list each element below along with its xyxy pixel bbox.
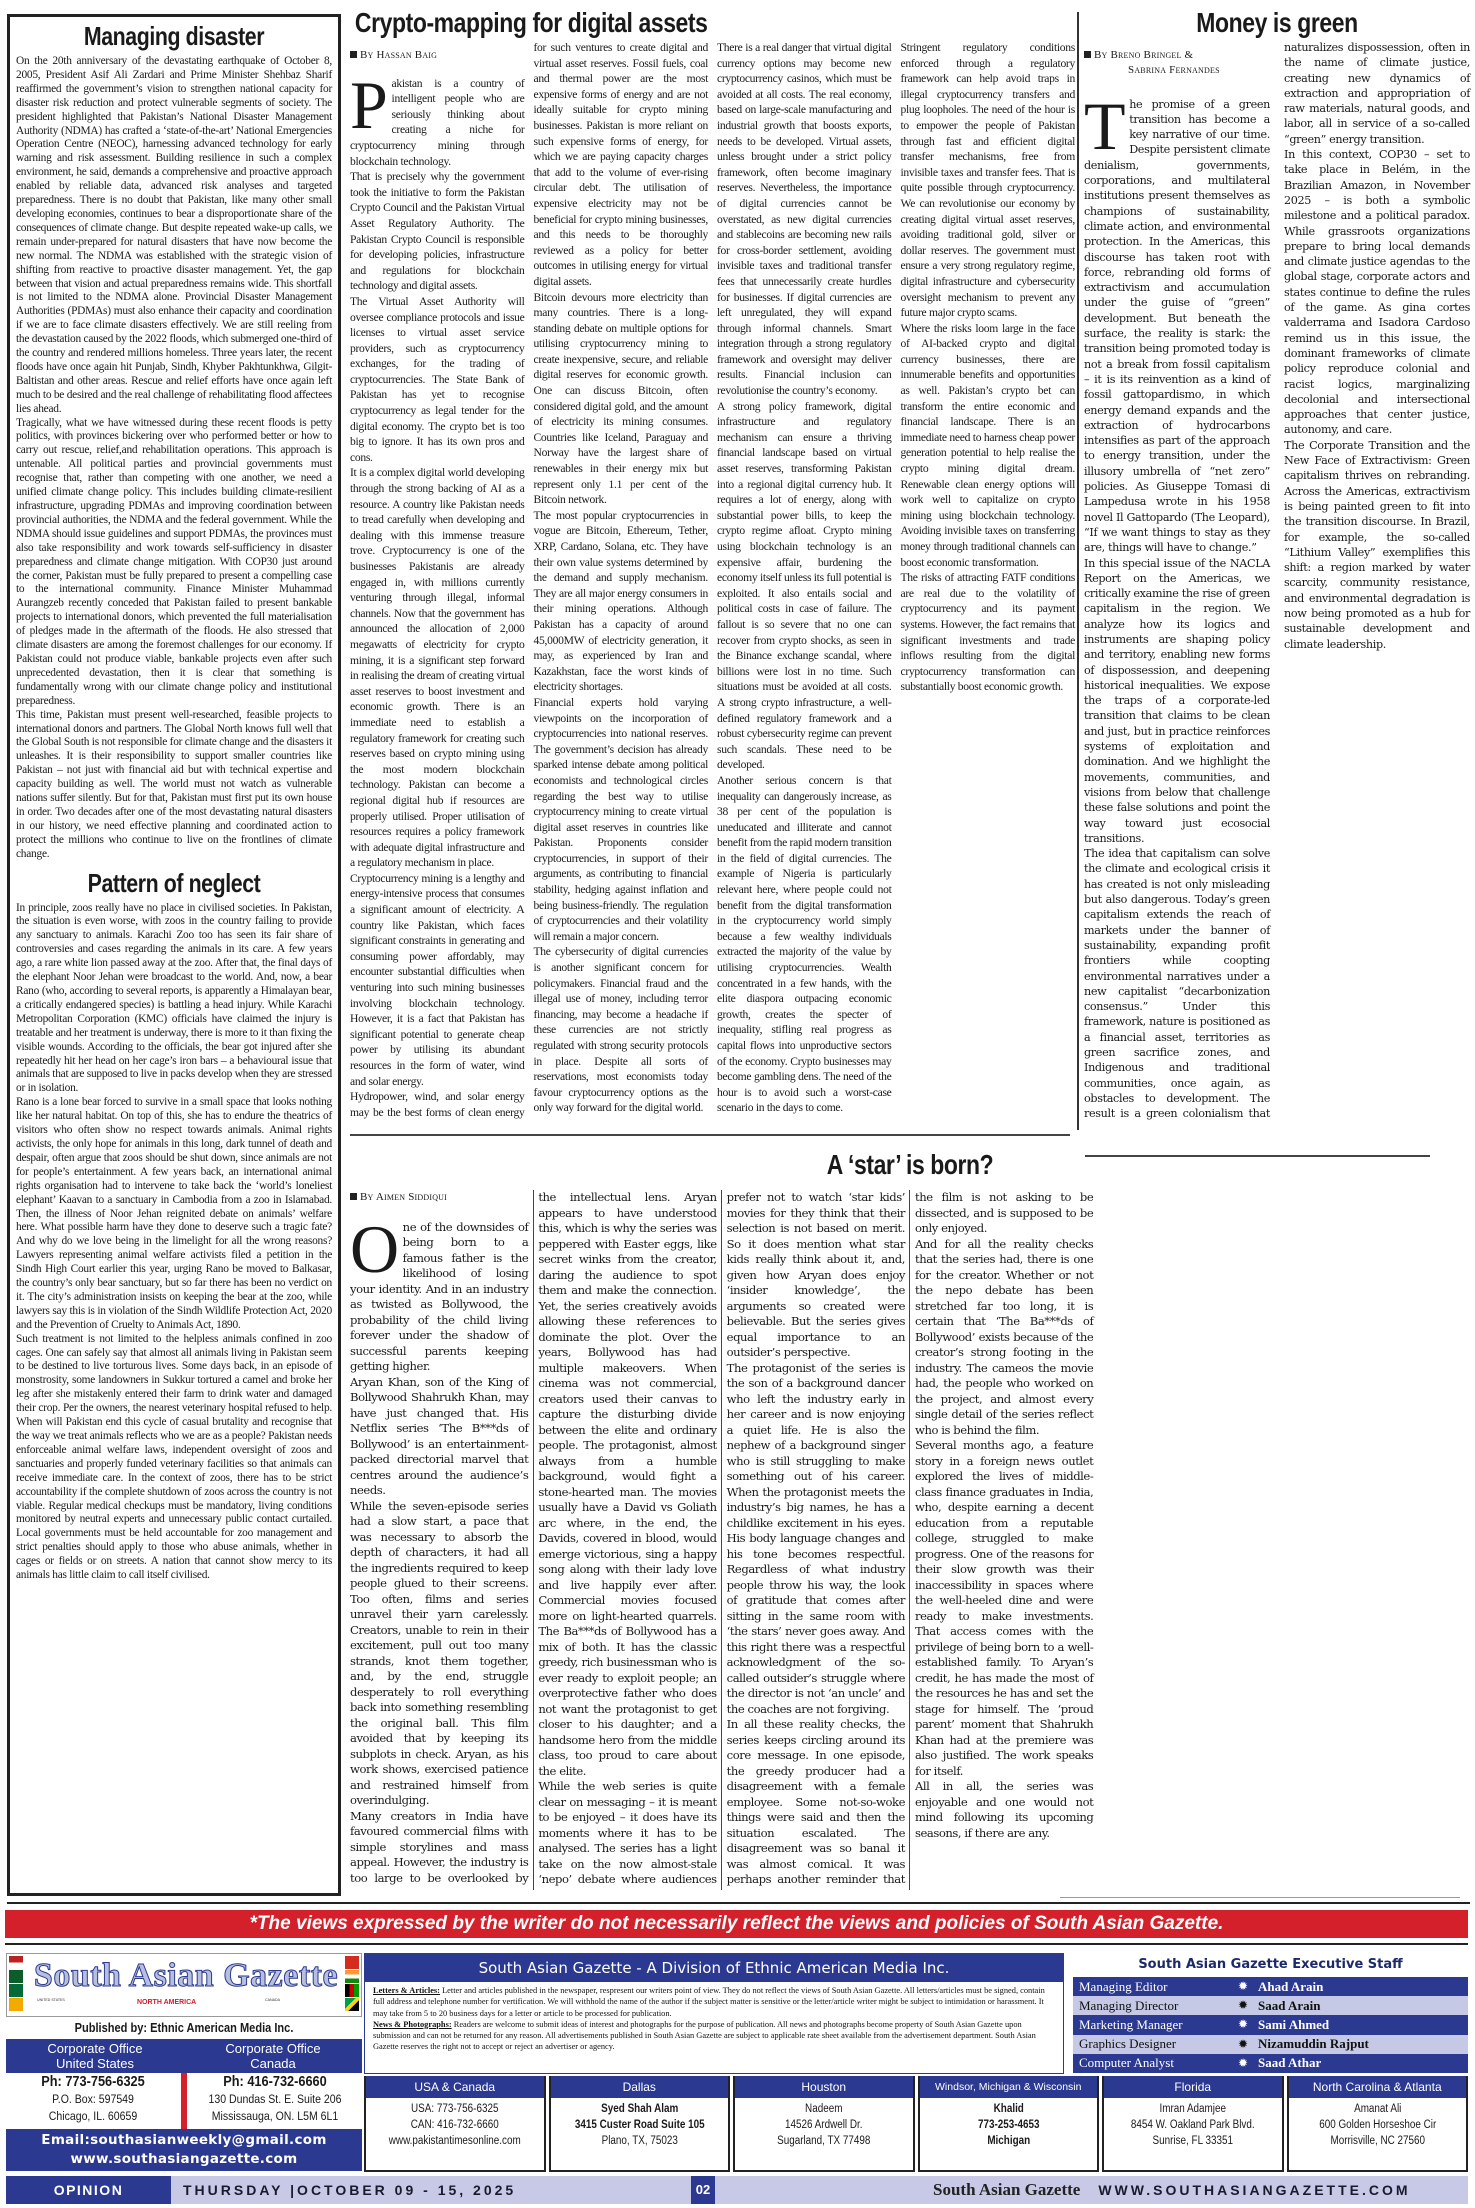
paragraph: The protagonist of the series is the son… bbox=[727, 1361, 905, 1718]
staff-row: Marketing Manager✹Sami Ahmed bbox=[1073, 2015, 1468, 2034]
canada-address-line: Mississauga, ON. L5M 6L1 bbox=[201, 2108, 349, 2125]
canada-office: Ph: 416-732-6660 130 Dundas St. E. Suite… bbox=[188, 2073, 362, 2129]
paragraph: Such treatment is not limited to the hel… bbox=[16, 1333, 332, 1583]
divider bbox=[7, 1902, 1470, 1904]
us-address-line: P.O. Box: 597549 bbox=[19, 2091, 167, 2108]
staff-row: Managing Editor✹Ahad Arain bbox=[1073, 1977, 1468, 1996]
pakistan-flag-icon bbox=[9, 1970, 23, 1983]
managing-disaster-headline: Managing disaster bbox=[44, 21, 303, 51]
money-article: Money is green By Breno Bringel & Sabrin… bbox=[1084, 6, 1470, 1136]
paragraph: In this special issue of the NACLA Repor… bbox=[1084, 556, 1270, 847]
paragraph: A strong policy framework, digital infra… bbox=[717, 399, 892, 773]
paragraph: All in all, the series was enjoyable and… bbox=[915, 1779, 1093, 1841]
lead-paragraph: One of the downsides of being born to a … bbox=[350, 1220, 528, 1375]
paragraph: While the seven-episode series had a slo… bbox=[350, 1499, 528, 1809]
canada-phone[interactable]: Ph: 416-732-6660 bbox=[201, 2073, 349, 2091]
bullet-square-icon bbox=[350, 51, 357, 58]
divider bbox=[5, 1943, 1468, 1945]
office-florida: Florida Imran Adamjee8454 W. Oakland Par… bbox=[1102, 2076, 1284, 2172]
paragraph: Another serious concern is that inequali… bbox=[717, 773, 892, 1116]
us-phone[interactable]: Ph: 773-756-6325 bbox=[19, 2073, 167, 2091]
pattern-of-neglect-headline: Pattern of neglect bbox=[44, 868, 303, 898]
corporate-office-details: Ph: 773-756-6325 P.O. Box: 597549 Chicag… bbox=[6, 2073, 362, 2129]
usa-flag-icon bbox=[9, 1956, 23, 1969]
money-headline: Money is green bbox=[1119, 6, 1436, 40]
canada-address-line: 130 Dundas St. E. Suite 206 bbox=[201, 2091, 349, 2108]
column-divider bbox=[1077, 12, 1079, 1130]
money-body: By Breno Bringel & Sabrina Fernandes The… bbox=[1084, 40, 1470, 1126]
srilanka-flag-icon bbox=[9, 1998, 23, 2011]
lead-paragraph: Pakistan is a country of intelligent peo… bbox=[350, 76, 525, 170]
canada-flag-icon bbox=[345, 1956, 359, 1969]
us-address-line: Chicago, IL. 60659 bbox=[19, 2108, 167, 2125]
office-houston: Houston Nadeem14526 Ardwell Dr.Sugarland… bbox=[733, 2076, 915, 2172]
office-dallas: Dallas Syed Shah Alam3415 Custer Road Su… bbox=[549, 2076, 731, 2172]
division-notice: South Asian Gazette - A Division of Ethn… bbox=[364, 1953, 1064, 2074]
website-link[interactable]: www.southasiangazette.com bbox=[6, 2150, 362, 2169]
executive-staff: South Asian Gazette Executive Staff Mana… bbox=[1073, 1953, 1468, 2073]
page-number: 02 bbox=[691, 2176, 715, 2204]
drop-cap: P bbox=[350, 78, 392, 132]
paragraph: And for all the reality checks that the … bbox=[915, 1237, 1093, 1439]
starburst-icon: ✹ bbox=[1228, 2037, 1258, 2052]
letters-label: Letters & Articles: bbox=[373, 1986, 440, 1995]
page-footer-bar: OPINION THURSDAY |OCTOBER 09 - 15, 2025 … bbox=[6, 2176, 1468, 2204]
website-link[interactable]: www.pakistantimesonline.com bbox=[378, 2133, 531, 2149]
office-north-carolina-atlanta: North Carolina & Atlanta Amanat Ali600 G… bbox=[1287, 2076, 1469, 2172]
section-label: OPINION bbox=[6, 2176, 171, 2204]
divider bbox=[350, 1134, 1070, 1136]
crypto-headline: Crypto-mapping for digital assets bbox=[350, 6, 945, 40]
managing-disaster-body: On the 20th anniversary of the devastati… bbox=[16, 55, 332, 862]
paragraph: Stringent regulatory conditions enforced… bbox=[901, 40, 1076, 321]
paragraph: Tragically, what we have witnessed durin… bbox=[16, 417, 332, 709]
star-article: A ‘star’ is born? By Aimen Siddiqui One … bbox=[350, 1140, 1470, 1900]
starburst-icon: ✹ bbox=[1228, 2017, 1258, 2032]
paragraph: The risks of attracting FATF conditions … bbox=[901, 570, 1076, 695]
divider bbox=[181, 2073, 187, 2129]
office-windsor-michigan: Windsor, Michigan & Wisconsin Khalid773-… bbox=[918, 2076, 1100, 2172]
crypto-body: By Hassan Baig Pakistan is a country of … bbox=[350, 40, 1075, 1128]
paragraph: Several months ago, a feature story in a… bbox=[915, 1438, 1093, 1779]
paragraph: This time, Pakistan must present well-re… bbox=[16, 709, 332, 862]
division-title: South Asian Gazette - A Division of Ethn… bbox=[365, 1954, 1063, 1982]
us-office-heading: Corporate OfficeUnited States bbox=[6, 2039, 184, 2073]
paragraph: The cybersecurity of digital currencies … bbox=[534, 944, 709, 1116]
drop-cap: O bbox=[350, 1222, 403, 1276]
footer-logo: South Asian Gazette bbox=[933, 2180, 1080, 2200]
paragraph: Cryptocurrency mining is a lengthy and e… bbox=[350, 871, 525, 1089]
star-headline: A ‘star’ is born? bbox=[451, 1140, 1369, 1190]
publisher-line: Published by: Ethnic American Media Inc. bbox=[33, 2020, 336, 2035]
money-byline: By Breno Bringel & Sabrina Fernandes bbox=[1084, 48, 1270, 79]
paragraph: The Virtual Asset Authority will oversee… bbox=[350, 294, 525, 466]
paragraph: In principle, zoos really have no place … bbox=[16, 902, 332, 1097]
masthead-logo: South Asian Gazette UNITED STATES NORTH … bbox=[6, 1953, 362, 2017]
staff-row: Graphics Designer✹Nizamuddin Rajput bbox=[1073, 2035, 1468, 2054]
disclaimer-banner: *The views expressed by the writer do no… bbox=[5, 1910, 1468, 1938]
paragraph: It is a complex digital world developing… bbox=[350, 465, 525, 870]
footer-website-link[interactable]: WWW.SOUTHASIANGAZETTE.COM bbox=[1098, 2182, 1410, 2198]
star-byline: By Aimen Siddiqui bbox=[350, 1190, 528, 1206]
paragraph: Rano is a lone bear forced to survive in… bbox=[16, 1096, 332, 1332]
drop-cap: T bbox=[1084, 99, 1129, 153]
canada-office-heading: Corporate OfficeCanada bbox=[184, 2039, 362, 2073]
masthead-subtitle: NORTH AMERICA bbox=[137, 1999, 196, 2006]
masthead-title: South Asian Gazette bbox=[31, 1956, 341, 1996]
starburst-icon: ✹ bbox=[1228, 1979, 1258, 1994]
masthead-us-label: UNITED STATES bbox=[37, 1998, 93, 2002]
paragraph: Bitcoin devours more electricity than ma… bbox=[534, 290, 709, 508]
bullet-square-icon bbox=[350, 1193, 357, 1200]
division-text: Letters & Articles: Letter and articles … bbox=[365, 1982, 1063, 2056]
crypto-article: Crypto-mapping for digital assets By Has… bbox=[350, 6, 1075, 1136]
crypto-byline: By Hassan Baig bbox=[350, 48, 525, 64]
regional-offices: USA & Canada USA: 773-756-6325CAN: 416-7… bbox=[364, 2076, 1468, 2172]
paragraph: There is a real danger that virtual digi… bbox=[717, 40, 892, 399]
lead-paragraph: The promise of a green transition has be… bbox=[1084, 97, 1270, 556]
paragraph: Where the risks loom large in the face o… bbox=[901, 321, 1076, 571]
afghanistan-flag-icon bbox=[345, 1984, 359, 1997]
starburst-icon: ✹ bbox=[1228, 1998, 1258, 2013]
bullet-square-icon bbox=[1084, 51, 1091, 58]
masthead-canada-label: CANADA bbox=[265, 1998, 321, 2002]
staff-title: South Asian Gazette Executive Staff bbox=[1073, 1953, 1468, 1977]
us-office: Ph: 773-756-6325 P.O. Box: 597549 Chicag… bbox=[6, 2073, 180, 2129]
news-label: News & Photographs: bbox=[373, 2020, 452, 2029]
editorial-box: Managing disaster On the 20th anniversar… bbox=[7, 14, 341, 1896]
paragraph: In this context, COP30 – set to take pla… bbox=[1284, 147, 1470, 438]
paragraph: The most popular cryptocurrencies in vog… bbox=[534, 508, 709, 695]
bangladesh-flag-icon bbox=[9, 1984, 23, 1997]
paragraph: That is precisely why the government too… bbox=[350, 169, 525, 294]
india-flag-icon bbox=[345, 1970, 359, 1983]
paragraph: Financial experts hold varying viewpoint… bbox=[534, 695, 709, 945]
corporate-office-header: Corporate OfficeUnited States Corporate … bbox=[6, 2039, 362, 2073]
email-link[interactable]: Email:southasianweekly@gmail.com bbox=[6, 2131, 362, 2150]
divider bbox=[1060, 1897, 1460, 1898]
guyana-flag-icon bbox=[345, 1998, 359, 2011]
contact-bar: Email:southasianweekly@gmail.com www.sou… bbox=[6, 2129, 362, 2171]
staff-row: Managing Director✹Saad Arain bbox=[1073, 1996, 1468, 2015]
paragraph: On the 20th anniversary of the devastati… bbox=[16, 55, 332, 417]
staff-row: Computer Analyst✹Saad Athar bbox=[1073, 2054, 1468, 2073]
star-body: By Aimen Siddiqui One of the downsides o… bbox=[350, 1190, 1470, 1890]
pattern-of-neglect-body: In principle, zoos really have no place … bbox=[16, 902, 332, 1583]
issue-date: THURSDAY |OCTOBER 09 - 15, 2025 bbox=[171, 2182, 691, 2198]
office-usa-canada: USA & Canada USA: 773-756-6325CAN: 416-7… bbox=[364, 2076, 546, 2172]
paragraph: The Corporate Transition and the New Fac… bbox=[1284, 438, 1470, 652]
paragraph: Aryan Khan, son of the King of Bollywood… bbox=[350, 1375, 528, 1499]
starburst-icon: ✹ bbox=[1228, 2056, 1258, 2071]
